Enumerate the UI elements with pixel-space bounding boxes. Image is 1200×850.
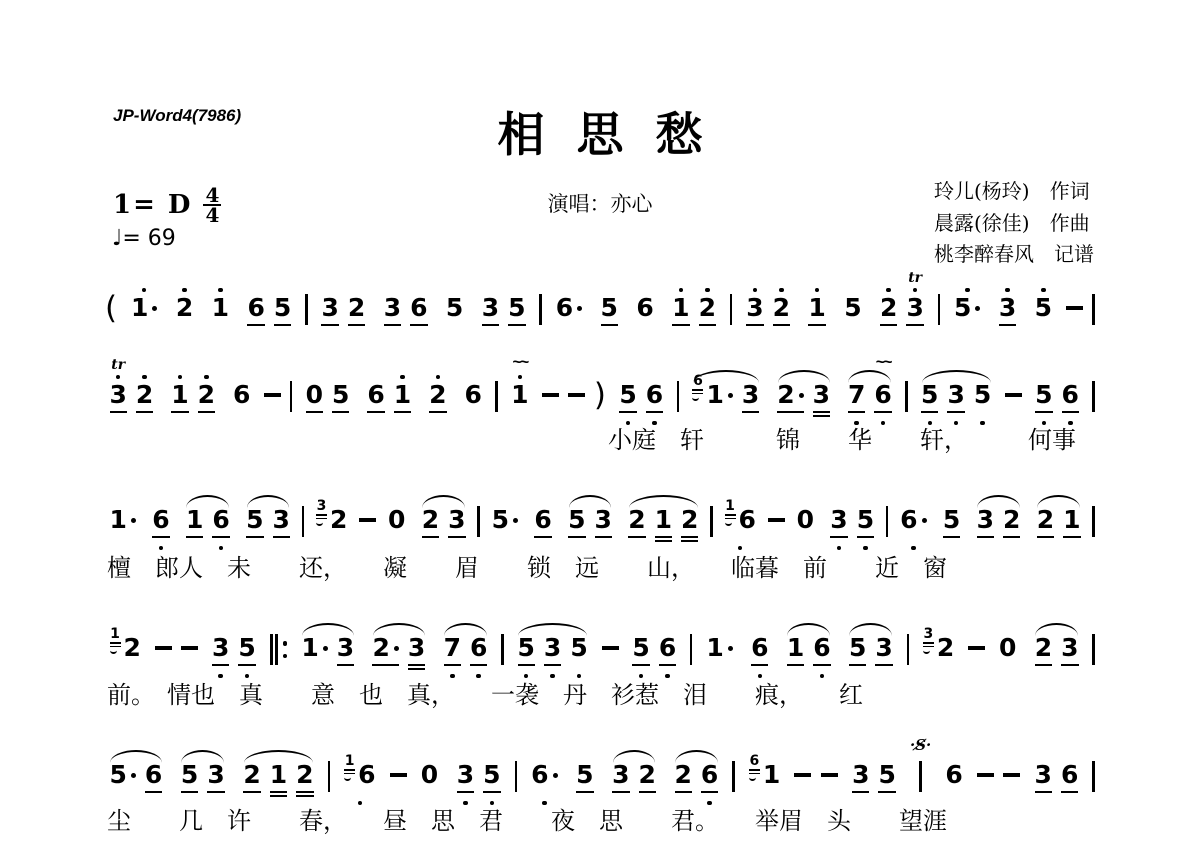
note-group: 0: [994, 610, 1020, 680]
note-digit-row: 2: [422, 506, 439, 534]
underline-slot: [646, 409, 663, 419]
jianpu-note: 6: [747, 610, 773, 680]
underline-slot: [306, 409, 323, 419]
note-group: 32: [742, 270, 795, 340]
segno-ornament: ·S̸·: [910, 737, 931, 753]
augmentation-dot: [728, 646, 733, 651]
jianpu-note: 6: [641, 357, 667, 427]
duration-dash: [568, 357, 585, 397]
barline-stroke: [730, 294, 732, 325]
barline: [1092, 482, 1094, 537]
underline-slot: [145, 789, 162, 799]
note-group: 1: [702, 610, 737, 680]
jianpu-note: 2: [1030, 610, 1056, 680]
octave-dot-high: [142, 375, 147, 380]
note-group: 32: [972, 482, 1025, 552]
note-group: 12: [105, 610, 145, 680]
note-digit: 5: [849, 634, 866, 662]
note-digit: 6: [1062, 381, 1079, 409]
tr-ornament: tr: [908, 270, 922, 286]
duration-underline: [773, 324, 790, 326]
barline-stroke: [919, 761, 921, 792]
duration-underline: [337, 664, 354, 666]
barline: [477, 482, 479, 537]
note-group: 35: [477, 270, 530, 340]
note-digit: 3: [207, 761, 224, 789]
duration-underline: [457, 791, 474, 793]
octave-dot-high: [436, 375, 441, 380]
jianpu-note: 5: [615, 357, 641, 427]
note-group: 6: [747, 610, 773, 680]
note-digit: 5: [878, 761, 895, 789]
note-group: ~~1: [507, 357, 533, 427]
note-digit: 5: [974, 381, 991, 409]
underline-slot: [636, 322, 653, 332]
duration-underline: [145, 791, 162, 793]
note-group: 1: [804, 270, 830, 340]
page-title: 相思愁: [0, 98, 1200, 165]
note-digit-row: 2: [243, 761, 260, 789]
note-digit-row: 6: [646, 381, 663, 409]
note-digit: 3: [875, 634, 892, 662]
jianpu-note: 5: [938, 482, 964, 552]
note-group: 5: [487, 482, 522, 552]
jianpu-note: 2: [624, 482, 650, 552]
duration-underline: [270, 791, 287, 793]
underline-slot: [131, 322, 157, 332]
note-digit-row: 5: [446, 294, 463, 322]
note-digit-row: 6: [247, 294, 264, 322]
underline-slot: [595, 534, 612, 544]
note-digit-row: 6: [1061, 761, 1078, 789]
duration-underline: [321, 324, 338, 326]
note-digit: 6: [145, 761, 162, 789]
note-group: 2: [171, 270, 197, 340]
note-digit: 5: [568, 506, 585, 534]
note-digit-row: 5: [878, 761, 895, 789]
octave-dot-high: [178, 375, 183, 380]
barline-stroke: [677, 381, 679, 412]
note-digit-row: 5: [954, 294, 980, 322]
note-group: 23: [417, 482, 470, 552]
grace-note: 3: [923, 628, 934, 654]
jianpu-note: 2: [425, 357, 451, 427]
note-group: 12: [668, 270, 721, 340]
note-digit-row: 3: [321, 294, 338, 322]
jianpu-note: 5: [874, 737, 900, 807]
note-digit: 3: [482, 294, 499, 322]
barline-stroke: [1092, 506, 1094, 537]
note-digit: 3: [1035, 761, 1052, 789]
note-digit-row: 2: [773, 294, 790, 322]
repeat-bar: [270, 634, 273, 665]
note-digit-row: 3: [384, 294, 401, 322]
note-digit-row: 3: [207, 761, 224, 789]
duration-underline: [947, 411, 964, 413]
underline-slot: [1061, 789, 1078, 799]
jianpu-note: 1: [702, 610, 737, 680]
octave-dot-high: [142, 288, 147, 293]
note-digit-row: 61: [749, 761, 780, 789]
jianpu-note: 3: [826, 482, 852, 552]
note-digit: 3: [612, 761, 629, 789]
note-digit: 2: [422, 506, 439, 534]
note-digit: 5: [954, 294, 971, 322]
note-digit-row: 6: [874, 381, 891, 409]
note-digit-row: 6: [945, 761, 962, 789]
underline-slot: [900, 534, 926, 544]
underline-slot: [848, 409, 865, 419]
note-digit: 5: [921, 381, 938, 409]
credit-lyricist: 玲儿(杨玲) 作词: [934, 176, 1094, 208]
augmentation-dot: [553, 773, 558, 778]
underline-slot: [518, 662, 535, 672]
note-digit-row: 3: [595, 506, 612, 534]
octave-dot-high: [753, 288, 758, 293]
jianpu-note: 61: [688, 357, 737, 427]
jianpu-note: 6: [1056, 737, 1082, 807]
note-digit: 3: [1061, 634, 1078, 662]
note-digit-row: 5: [181, 761, 198, 789]
lyrics-line-2: 檀 郎人 未 还， 凝 眉 锁 远 山， 临暮 前 近 窗: [107, 548, 947, 583]
note-group: 26: [670, 737, 723, 807]
underline-slot: [408, 662, 425, 672]
note-digit: 3: [852, 761, 869, 789]
barline-stroke: [710, 506, 712, 537]
duration-underline: [367, 411, 384, 413]
underline-slot: [483, 789, 500, 799]
underline-slot: [110, 662, 141, 672]
note-digit-row: 5: [110, 761, 136, 789]
underline-slot: [110, 534, 136, 544]
jianpu-note: 16: [340, 737, 380, 807]
note-digit: 2: [1003, 506, 1020, 534]
jianpu-note: 2: [193, 357, 219, 427]
note-group: 23: [1030, 610, 1083, 680]
underline-slot: [923, 662, 954, 672]
note-digit: 5: [632, 634, 649, 662]
note-digit: 2: [243, 761, 260, 789]
duration-underline: [410, 324, 427, 326]
note-digit: 5: [181, 761, 198, 789]
note-digit: 2: [176, 294, 193, 322]
jianpu-note: 2: [417, 482, 443, 552]
note-group: 56: [628, 610, 681, 680]
barline-stroke: [328, 761, 330, 792]
barline-stroke: [495, 381, 497, 412]
jianpu-note: 5: [844, 610, 870, 680]
note-digit-row: 2: [372, 634, 398, 662]
duration-underline: [746, 324, 763, 326]
duration-underline: [243, 791, 260, 793]
note-digit: 3: [110, 381, 127, 409]
note-digit: 6: [531, 761, 548, 789]
octave-dot-high: [1041, 288, 1046, 293]
note-digit-row: 5: [1035, 381, 1052, 409]
jianpu-note: 3: [972, 482, 998, 552]
duration-underline: [296, 795, 313, 797]
duration-underline: [186, 536, 203, 538]
jianpu-note: 2: [239, 737, 265, 807]
jianpu-note: 6: [148, 482, 174, 552]
note-group: 7~~6: [843, 357, 896, 427]
jianpu-note: 5: [176, 737, 202, 807]
note-digit-row: 6: [813, 634, 830, 662]
jianpu-note: 6: [466, 610, 492, 680]
underline-slot: [181, 789, 198, 799]
duration-underline: [787, 664, 804, 666]
jianpu-note: 2: [292, 737, 318, 807]
note-group: 6: [460, 357, 486, 427]
underline-slot: [446, 322, 463, 332]
jianpu-note: 1: [127, 270, 162, 340]
barline-stroke: [305, 294, 307, 325]
note-digit: 6: [367, 381, 384, 409]
duration-dash: [1066, 270, 1083, 310]
jianpu-note: ~~1: [507, 357, 533, 427]
jianpu-note: 0: [792, 482, 818, 552]
augmentation-dot: [323, 646, 328, 651]
note-digit: 7: [444, 634, 461, 662]
dash-stroke: [568, 393, 585, 397]
note-group: 5: [950, 270, 985, 340]
dash-stroke: [977, 773, 994, 777]
note-digit-row: 1: [171, 381, 188, 409]
jianpu-note: 6: [1057, 357, 1083, 427]
grace-note: 6: [692, 375, 703, 401]
duration-underline: [601, 324, 618, 326]
note-group: 32: [918, 610, 958, 680]
duration-underline: [1037, 536, 1054, 538]
underline-slot: [742, 409, 759, 419]
duration-underline: [246, 536, 263, 538]
note-digit: 1: [706, 381, 723, 409]
underline-slot: [410, 322, 427, 332]
note-digit-row: 5: [508, 294, 525, 322]
barline: [290, 357, 292, 412]
note-digit-row: 1: [212, 294, 229, 322]
note-group: 535: [917, 357, 996, 427]
dash-stroke: [768, 518, 785, 522]
credit-composer: 晨露(徐佳) 作曲: [934, 208, 1094, 240]
note-digit-row: 6: [367, 381, 384, 409]
underline-slot: [830, 534, 847, 544]
note-group: 35: [452, 737, 505, 807]
note-digit: 6: [646, 381, 663, 409]
duration-underline: [852, 791, 869, 793]
note-digit: 6: [874, 381, 891, 409]
note-digit: 6: [410, 294, 427, 322]
repeat-dots: [283, 641, 288, 658]
note-digit-row: 2: [639, 761, 656, 789]
underline-slot: [212, 322, 229, 332]
octave-dot-high: [204, 375, 209, 380]
duration-underline: [508, 324, 525, 326]
jianpu-note: 32: [311, 482, 351, 552]
note-digit-row: 6: [556, 294, 582, 322]
grace-note: 3: [316, 500, 327, 526]
underline-slot: [531, 789, 557, 799]
note-digit-row: 3: [408, 634, 425, 662]
dash-stroke: [794, 773, 811, 777]
music-line-2: tr32126056126~~1)56613237~~653556: [105, 357, 1095, 427]
note-digit: 6: [1061, 761, 1078, 789]
duration-dash: [155, 610, 172, 650]
barline-stroke: [1092, 634, 1094, 665]
jianpu-note: 6: [530, 482, 556, 552]
time-denominator: 4: [205, 206, 219, 224]
jianpu-note: 7: [843, 357, 869, 427]
barline-stroke: [907, 634, 909, 665]
jianpu-note: 6: [208, 482, 234, 552]
jianpu-note: 5: [564, 482, 590, 552]
note-group: 56: [105, 737, 167, 807]
note-group: 6: [941, 737, 967, 807]
dash-stroke: [181, 646, 198, 650]
underline-slot: [186, 534, 203, 544]
jianpu-note: 5: [242, 482, 268, 552]
jianpu-note: 5: [487, 482, 522, 552]
jianpu-note: 5: [234, 610, 260, 680]
note-digit-row: 6: [701, 761, 718, 789]
note-digit-row: 3: [977, 506, 994, 534]
duration-underline: [518, 664, 535, 666]
note-digit: 1: [394, 381, 411, 409]
duration-underline: [238, 664, 255, 666]
underline-slot: [1035, 662, 1052, 672]
underline-slot: [675, 789, 692, 799]
duration-underline: [943, 536, 960, 538]
note-digit: 1: [511, 381, 528, 409]
note-group: 32: [311, 482, 351, 552]
note-group: 53: [564, 482, 617, 552]
jianpu-note: 3: [379, 270, 405, 340]
note-digit: 5: [238, 634, 255, 662]
note-group: 16: [782, 610, 835, 680]
jianpu-note: 3: [539, 610, 565, 680]
note-digit: 2: [198, 381, 215, 409]
note-group: 5: [441, 270, 467, 340]
duration-underline: [659, 664, 676, 666]
tr-ornament: tr: [111, 357, 125, 373]
note-group: 6: [632, 270, 658, 340]
note-group: 6: [551, 270, 586, 340]
underline-slot: [1035, 789, 1052, 799]
barline-stroke: [886, 506, 888, 537]
jianpu-note: 6: [460, 357, 486, 427]
note-digit: 6: [470, 634, 487, 662]
jianpu-note: 5: [441, 270, 467, 340]
underline-slot: [813, 662, 830, 672]
jianpu-note: 5: [596, 270, 622, 340]
barline: [1092, 357, 1094, 412]
note-digit: 3: [321, 294, 338, 322]
underline-slot: [943, 534, 960, 544]
underline-slot: [332, 409, 349, 419]
note-digit-row: 3: [906, 294, 923, 322]
note-group: 5: [840, 270, 866, 340]
underline-slot: [508, 322, 525, 332]
note-group: 32: [317, 270, 370, 340]
jianpu-note: 2: [773, 357, 808, 427]
barline-stroke: [1092, 294, 1094, 325]
underline-slot: [954, 322, 980, 332]
underline-slot: [746, 322, 763, 332]
note-group: 6: [527, 737, 562, 807]
jianpu-note: 2: [768, 270, 794, 340]
underline-slot: [152, 534, 169, 544]
underline-slot: [470, 662, 487, 672]
note-digit-row: 1: [110, 506, 136, 534]
underline-slot: [655, 534, 672, 544]
note-digit: 0: [797, 506, 814, 534]
jianpu-note: 6: [632, 270, 658, 340]
note-group: 53: [242, 482, 295, 552]
underline-slot: [875, 662, 892, 672]
underline-slot: [906, 322, 923, 332]
underline-slot: [176, 322, 193, 332]
octave-dot-high: [182, 288, 187, 293]
note-digit-row: 12: [110, 634, 141, 662]
jianpu-note: 3: [608, 737, 634, 807]
jianpu-note: 1: [105, 482, 140, 552]
note-digit: 2: [777, 381, 794, 409]
note-digit: 3: [448, 506, 465, 534]
note-digit: 3: [457, 761, 474, 789]
underline-slot: [422, 534, 439, 544]
duration-underline: [632, 664, 649, 666]
note-digit: 5: [1035, 294, 1052, 322]
grace-note: 6: [749, 755, 760, 781]
duration-underline: [808, 324, 825, 326]
duration-underline: [247, 324, 264, 326]
duration-underline: [880, 324, 897, 326]
duration-dash: [390, 737, 407, 777]
underline-slot: [857, 534, 874, 544]
jianpu-note: 0: [416, 737, 442, 807]
jianpu-note: 3: [268, 482, 294, 552]
note-group: 56: [1031, 357, 1084, 427]
jianpu-note: 5: [969, 357, 995, 427]
repeat-row: [270, 634, 288, 665]
underline-slot: [212, 534, 229, 544]
duration-dash: [821, 737, 838, 777]
parenthesis-glyph: ): [594, 380, 606, 410]
note-group: 35: [207, 610, 260, 680]
repeat-bar: [275, 634, 278, 665]
note-digit: 2: [330, 506, 347, 534]
note-digit-row: 2: [1035, 634, 1052, 662]
duration-underline: [448, 536, 465, 538]
note-digit: 5: [844, 294, 861, 322]
underline-slot: [110, 409, 127, 419]
note-digit: 1: [787, 634, 804, 662]
duration-underline: [576, 791, 593, 793]
jianpu-note: 3: [1030, 737, 1056, 807]
duration-underline: [878, 791, 895, 793]
augmentation-dot: [131, 773, 136, 778]
note-digit: 5: [492, 506, 509, 534]
note-digit-row: 32: [923, 634, 954, 662]
jianpu-note: 2: [1032, 482, 1058, 552]
dash-stroke: [390, 773, 407, 777]
note-group: 5: [938, 482, 964, 552]
note-digit-row: 6: [751, 634, 768, 662]
jianpu-note: 6: [654, 610, 680, 680]
dash-stroke: [968, 646, 985, 650]
jianpu-note: 3: [332, 610, 358, 680]
underline-slot: [632, 662, 649, 672]
